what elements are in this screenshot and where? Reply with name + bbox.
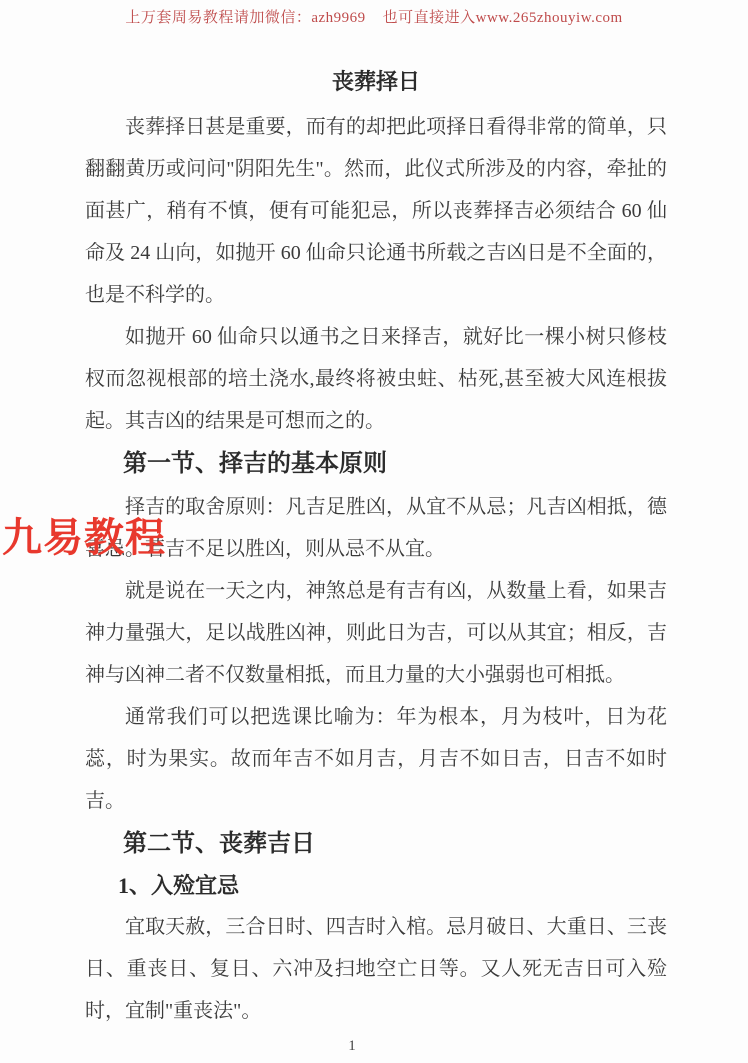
header-promo-text: 上万套周易教程请加微信：azh9969 也可直接进入www.265zhouyiw…	[0, 6, 748, 27]
page-number: 1	[61, 1038, 643, 1055]
section-2-paragraph-1: 宜取天赦，三合日时、四吉时入棺。忌月破日、大重日、三丧日、重丧日、复日、六冲及扫…	[85, 906, 667, 1032]
section-2-subheading-1: 1、入殓宜忌	[118, 866, 667, 906]
section-2-heading: 第二节、丧葬吉日	[123, 822, 667, 866]
document-content: 丧葬择日 丧葬择日甚是重要，而有的却把此项择日看得非常的简单，只翻翻黄历或问问"…	[85, 54, 667, 1055]
section-1-heading: 第一节、择吉的基本原则	[123, 442, 667, 486]
section-1-paragraph-1: 择吉的取舍原则：凡吉足胜凶，从宜不从忌；凡吉凶相抵，德喜忌。若吉不足以胜凶，则从…	[85, 486, 667, 570]
section-1-paragraph-3: 通常我们可以把选课比喻为：年为根本，月为枝叶，日为花蕊，时为果实。故而年吉不如月…	[85, 696, 667, 822]
paragraph-intro-2: 如抛开 60 仙命只以通书之日来择吉，就好比一棵小树只修枝杈而忽视根部的培土浇水…	[85, 316, 667, 442]
document-title: 丧葬择日	[85, 66, 667, 98]
watermark-text: 九易教程	[2, 506, 166, 563]
document-page: 上万套周易教程请加微信：azh9969 也可直接进入www.265zhouyiw…	[0, 0, 748, 1063]
section-1-paragraph-2: 就是说在一天之内，神煞总是有吉有凶，从数量上看，如果吉神力量强大，足以战胜凶神，…	[85, 570, 667, 696]
paragraph-intro-1: 丧葬择日甚是重要，而有的却把此项择日看得非常的简单，只翻翻黄历或问问"阴阳先生"…	[85, 106, 667, 316]
